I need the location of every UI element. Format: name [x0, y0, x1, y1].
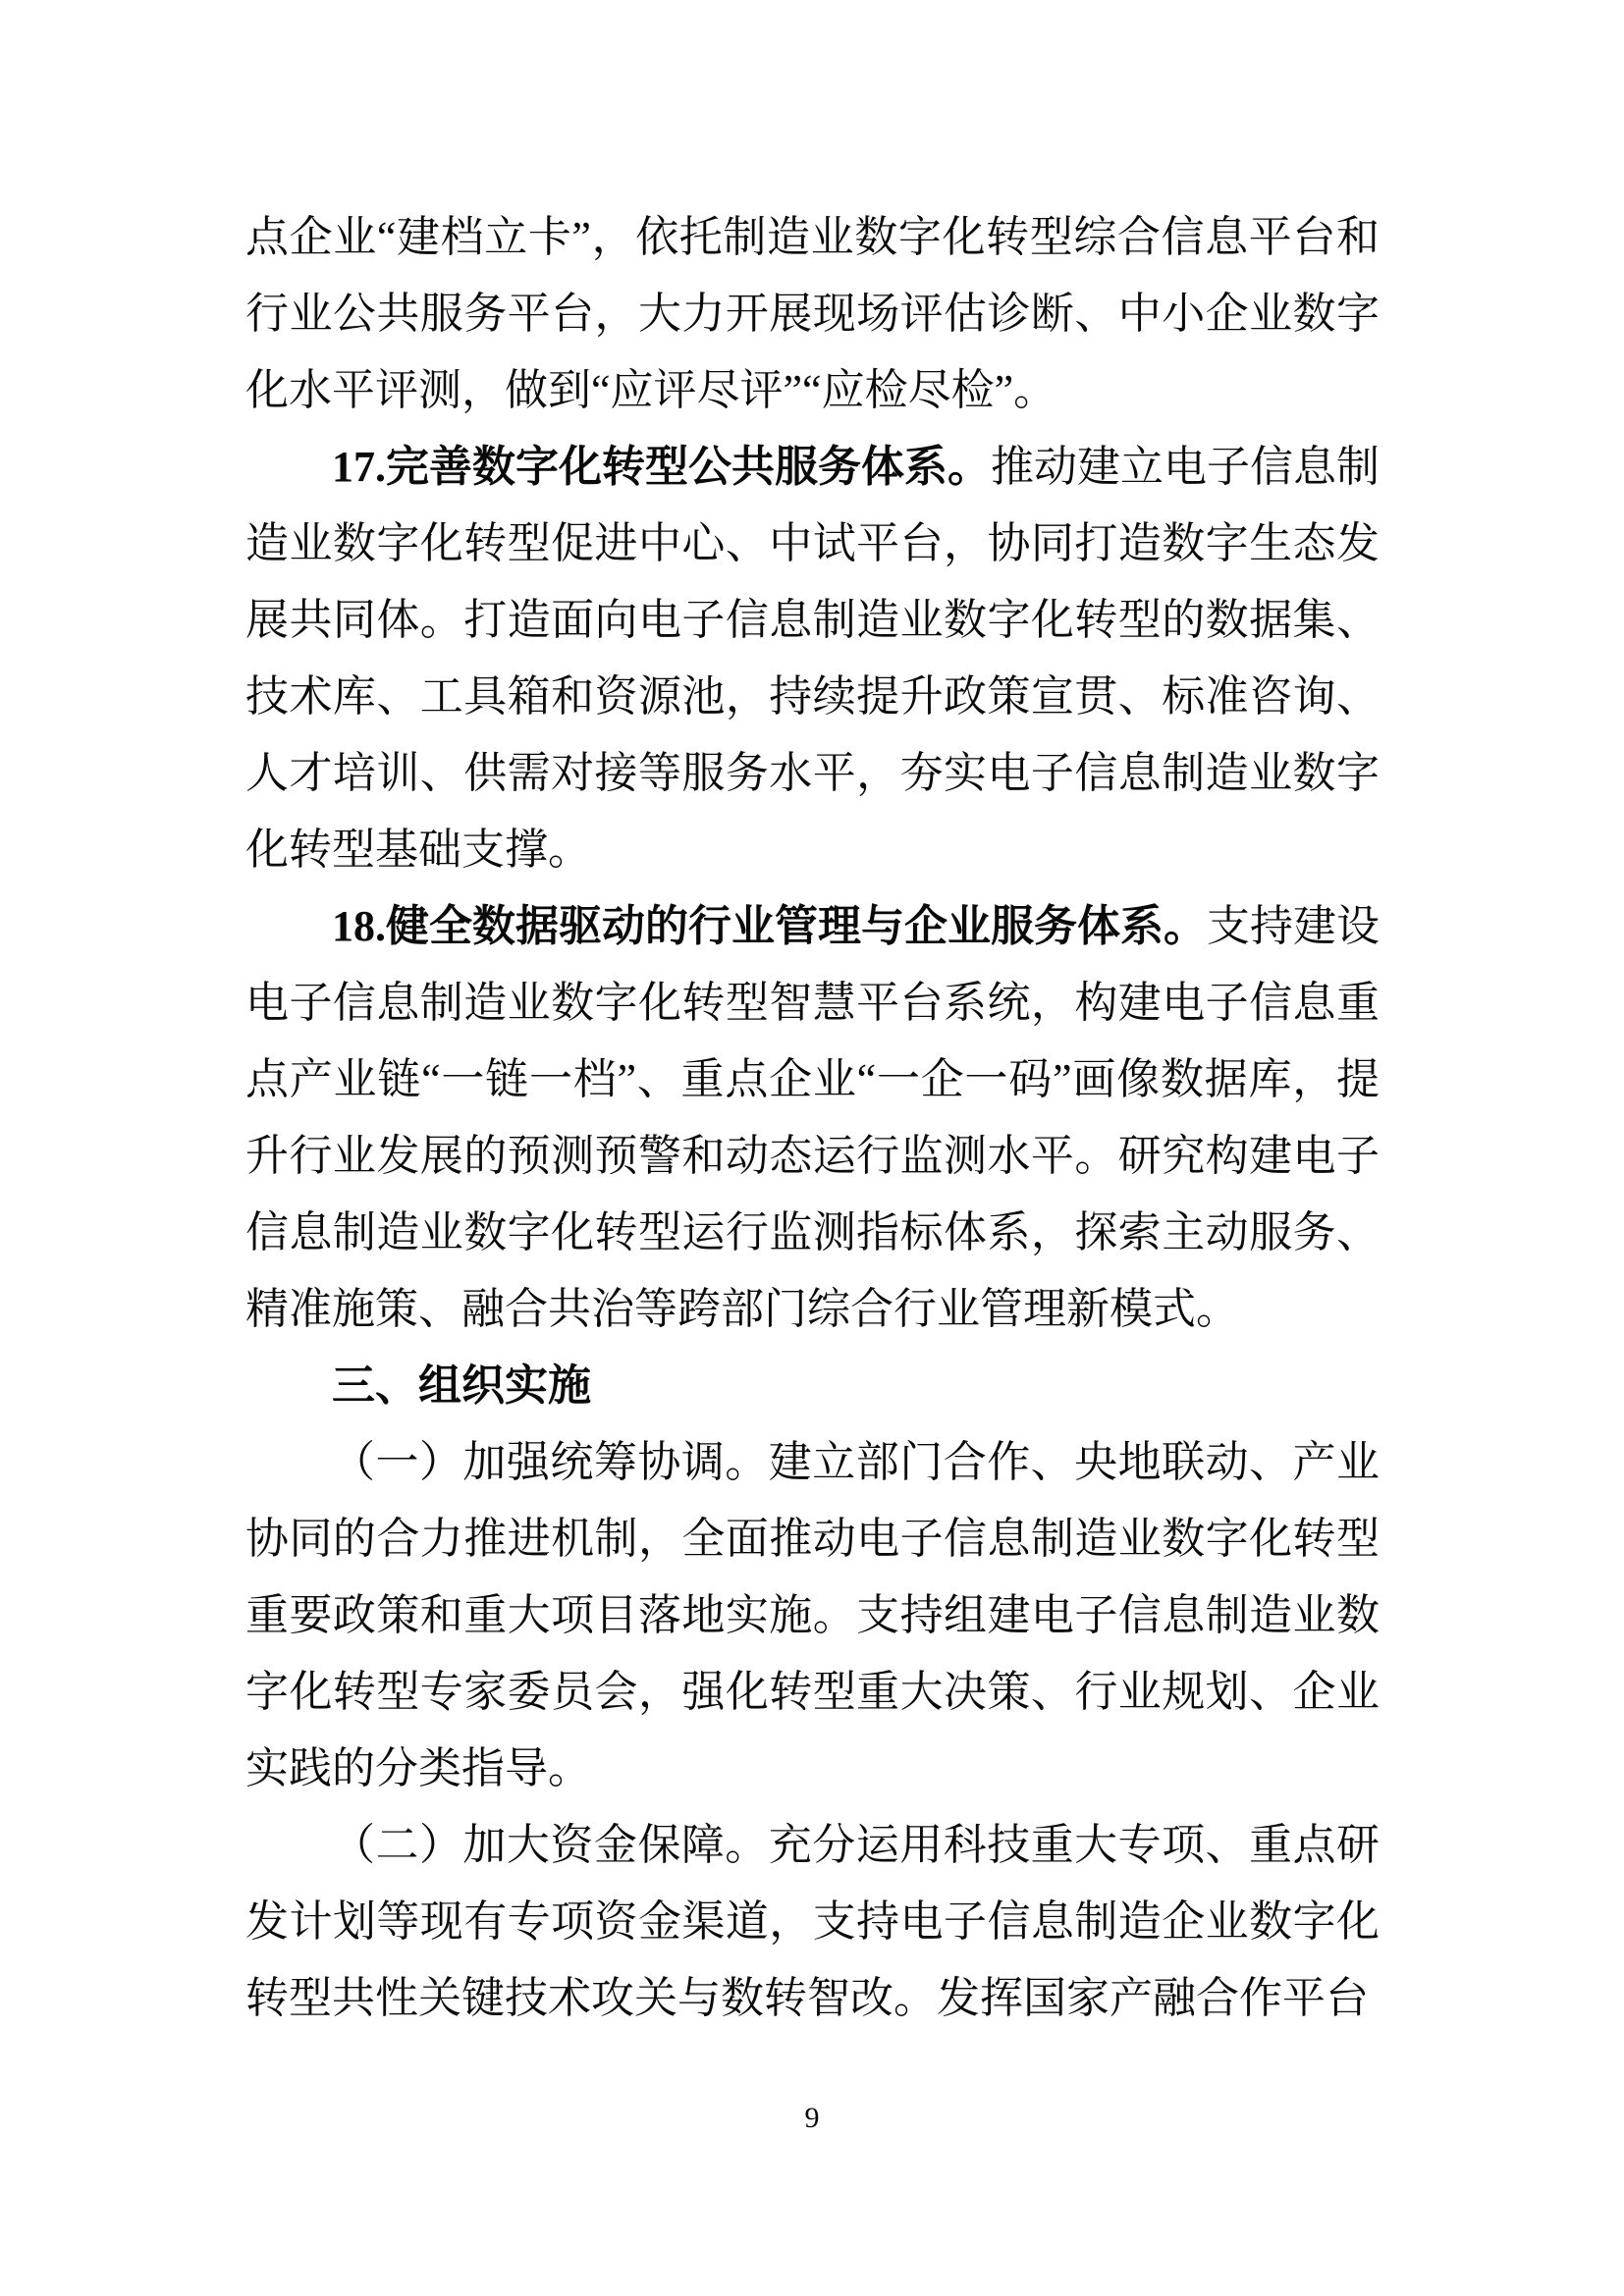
paragraph-item-18-lead: 18.健全数据驱动的行业管理与企业服务体系。 [332, 902, 1207, 950]
section-heading: 三、组织实施 [245, 1348, 1380, 1424]
section-heading-text: 三、组织实施 [332, 1362, 591, 1410]
page-number: 9 [0, 2101, 1624, 2136]
document-body: 点企业“建档立卡”，依托制造业数字化转型综合信息平台和行业公共服务平台，大力开展… [245, 199, 1380, 2037]
paragraph-item-17: 17.完善数字化转型公共服务体系。推动建立电子信息制造业数字化转型促进中心、中试… [245, 429, 1380, 888]
paragraph-sub-2: （二）加大资金保障。充分运用科技重大专项、重点研发计划等现有专项资金渠道，支持电… [245, 1807, 1380, 2037]
paragraph-text: 推动建立电子信息制造业数字化转型促进中心、中试平台，协同打造数字生态发展共同体。… [245, 443, 1380, 874]
document-page: 点企业“建档立卡”，依托制造业数字化转型综合信息平台和行业公共服务平台，大力开展… [0, 0, 1624, 2296]
paragraph-sub-1: （一）加强统筹协调。建立部门合作、央地联动、产业协同的合力推进机制，全面推动电子… [245, 1424, 1380, 1807]
paragraph-item-18: 18.健全数据驱动的行业管理与企业服务体系。支持建设电子信息制造业数字化转型智慧… [245, 888, 1380, 1348]
paragraph-sub-1-lead: （一）加强统筹协调。 [332, 1438, 769, 1486]
paragraph-text: 支持建设电子信息制造业数字化转型智慧平台系统，构建电子信息重点产业链“一链一档”… [245, 902, 1380, 1333]
paragraph-continuation: 点企业“建档立卡”，依托制造业数字化转型综合信息平台和行业公共服务平台，大力开展… [245, 199, 1380, 429]
paragraph-sub-2-lead: （二）加大资金保障。 [332, 1821, 769, 1869]
paragraph-text: 点企业“建档立卡”，依托制造业数字化转型综合信息平台和行业公共服务平台，大力开展… [245, 213, 1380, 414]
paragraph-text: 建立部门合作、央地联动、产业协同的合力推进机制，全面推动电子信息制造业数字化转型… [245, 1438, 1380, 1792]
paragraph-item-17-lead: 17.完善数字化转型公共服务体系。 [332, 443, 991, 491]
